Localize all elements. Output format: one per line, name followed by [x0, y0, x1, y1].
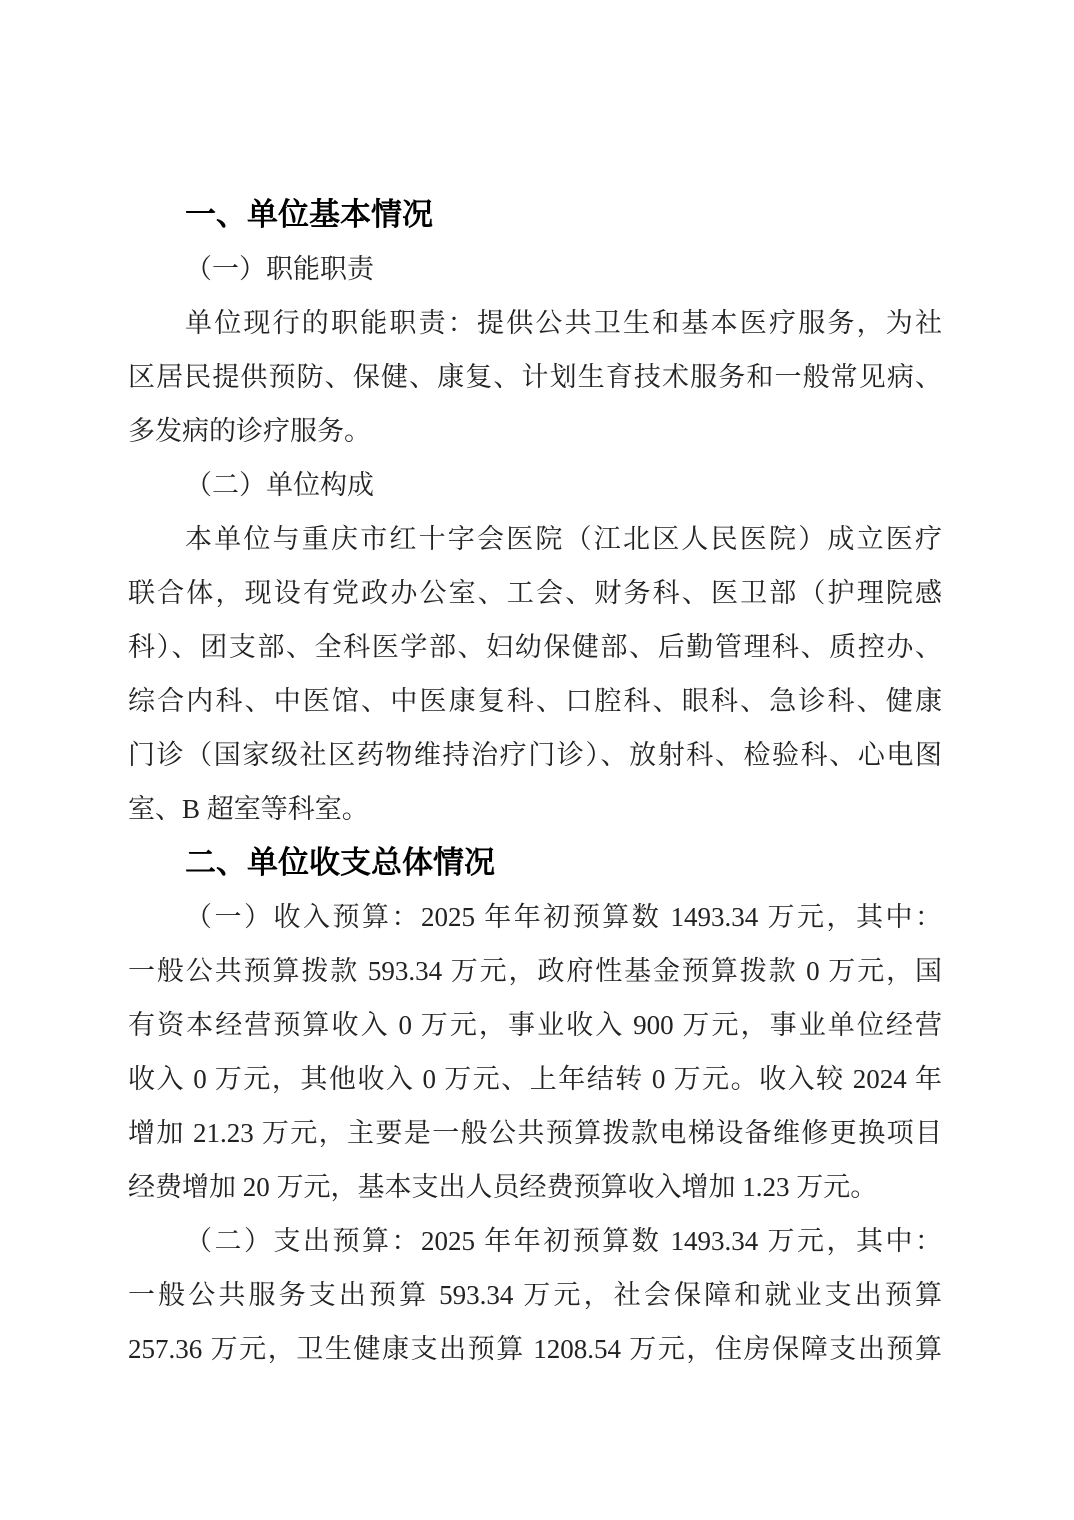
document-text-block: 一、单位基本情况 （一）职能职责 单位现行的职能职责：提供公共卫生和基本医疗服务… — [128, 188, 942, 1376]
text-line: 一般公共服务支出预算 593.34 万元，社会保障和就业支出预算 — [128, 1268, 942, 1322]
text-line: 收入 0 万元，其他收入 0 万元、上年结转 0 万元。收入较 2024 年 — [128, 1052, 942, 1106]
text-line: （一）收入预算：2025 年年初预算数 1493.34 万元，其中： — [128, 890, 942, 944]
text-line: 科）、团支部、全科医学部、妇幼保健部、后勤管理科、质控办、 — [128, 620, 942, 674]
text-line: 增加 21.23 万元，主要是一般公共预算拨款电梯设备维修更换项目 — [128, 1106, 942, 1160]
text-line: 257.36 万元，卫生健康支出预算 1208.54 万元，住房保障支出预算 — [128, 1322, 942, 1376]
text-line: 综合内科、中医馆、中医康复科、口腔科、眼科、急诊科、健康 — [128, 674, 942, 728]
text-line: 多发病的诊疗服务。 — [128, 404, 942, 458]
section-heading-1: 一、单位基本情况 — [128, 188, 942, 242]
text-line: （二）支出预算：2025 年年初预算数 1493.34 万元，其中： — [128, 1214, 942, 1268]
text-line: 本单位与重庆市红十字会医院（江北区人民医院）成立医疗 — [128, 512, 942, 566]
text-line: 有资本经营预算收入 0 万元，事业收入 900 万元，事业单位经营 — [128, 998, 942, 1052]
text-line: 联合体，现设有党政办公室、工会、财务科、医卫部（护理院感 — [128, 566, 942, 620]
subsection-heading-1-2: （二）单位构成 — [128, 458, 942, 512]
text-line: 经费增加 20 万元，基本支出人员经费预算收入增加 1.23 万元。 — [128, 1160, 942, 1214]
text-line: 一般公共预算拨款 593.34 万元，政府性基金预算拨款 0 万元，国 — [128, 944, 942, 998]
text-line: 区居民提供预防、保健、康复、计划生育技术服务和一般常见病、 — [128, 350, 942, 404]
section-heading-2: 二、单位收支总体情况 — [128, 836, 942, 890]
text-line: 室、B 超室等科室。 — [128, 782, 942, 836]
text-line: 门诊（国家级社区药物维持治疗门诊）、放射科、检验科、心电图 — [128, 728, 942, 782]
text-line: 单位现行的职能职责：提供公共卫生和基本医疗服务，为社 — [128, 296, 942, 350]
document-page: 一、单位基本情况 （一）职能职责 单位现行的职能职责：提供公共卫生和基本医疗服务… — [0, 0, 1074, 1520]
subsection-heading-1-1: （一）职能职责 — [128, 242, 942, 296]
